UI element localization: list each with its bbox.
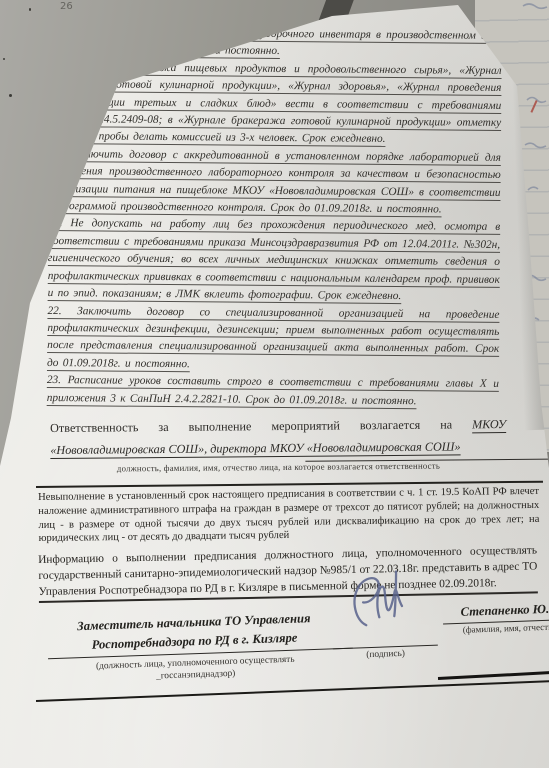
report-instruction-text: Информацию о выполнении предписания долж… (38, 543, 538, 600)
prescription-items-section: промаркировать; не допускать хранение уб… (47, 24, 502, 411)
responsibility-caption: должность, фамилия, имя, отчество лица, … (50, 460, 506, 474)
responsibility-section: Ответственность за выполнение мероприяти… (50, 413, 506, 474)
continuation-paragraph: промаркировать; не допускать хранение уб… (50, 24, 502, 63)
signature-field: (подпись) (331, 595, 438, 664)
document-page: промаркировать; не допускать хранение уб… (0, 0, 549, 768)
dust-speck (3, 58, 5, 60)
signature-caption: (подпись) (333, 646, 438, 664)
page-number: 26 (60, 1, 73, 12)
responsibility-statement: Ответственность за выполнение мероприяти… (50, 413, 506, 461)
responsibility-lead: Ответственность за выполнение мероприяти… (50, 417, 452, 435)
signatory-position: Заместитель начальника ТО Управления Рос… (55, 608, 335, 686)
document-photo: 26 промаркировать; не допускать хранение… (0, 0, 549, 768)
prescription-item-21: 21. Не допускать на работу лиц без прохо… (48, 215, 501, 306)
dust-speck (29, 8, 31, 11)
prescription-item-20: 20. Заключить договор с аккредитованной … (48, 146, 501, 220)
dust-speck (9, 94, 12, 97)
penalty-warning-text: Невыполнение в установленный срок настоя… (38, 485, 540, 546)
signature-icon (346, 569, 420, 635)
prescription-item-22: 22. Заключить договор со специализирован… (47, 302, 500, 376)
penalty-warning-section: Невыполнение в установленный срок настоя… (38, 485, 540, 546)
signatory-name: Степаненко Ю.В. (442, 600, 549, 621)
signatory-name-field: Степаненко Ю.В. (фамилия, имя, отчество) (442, 600, 549, 638)
prescription-item-23: 23. Расписание уроков составить строго в… (47, 372, 499, 411)
prescription-item-19: 19. «Журнал бракеража пищевых продуктов … (49, 59, 502, 150)
